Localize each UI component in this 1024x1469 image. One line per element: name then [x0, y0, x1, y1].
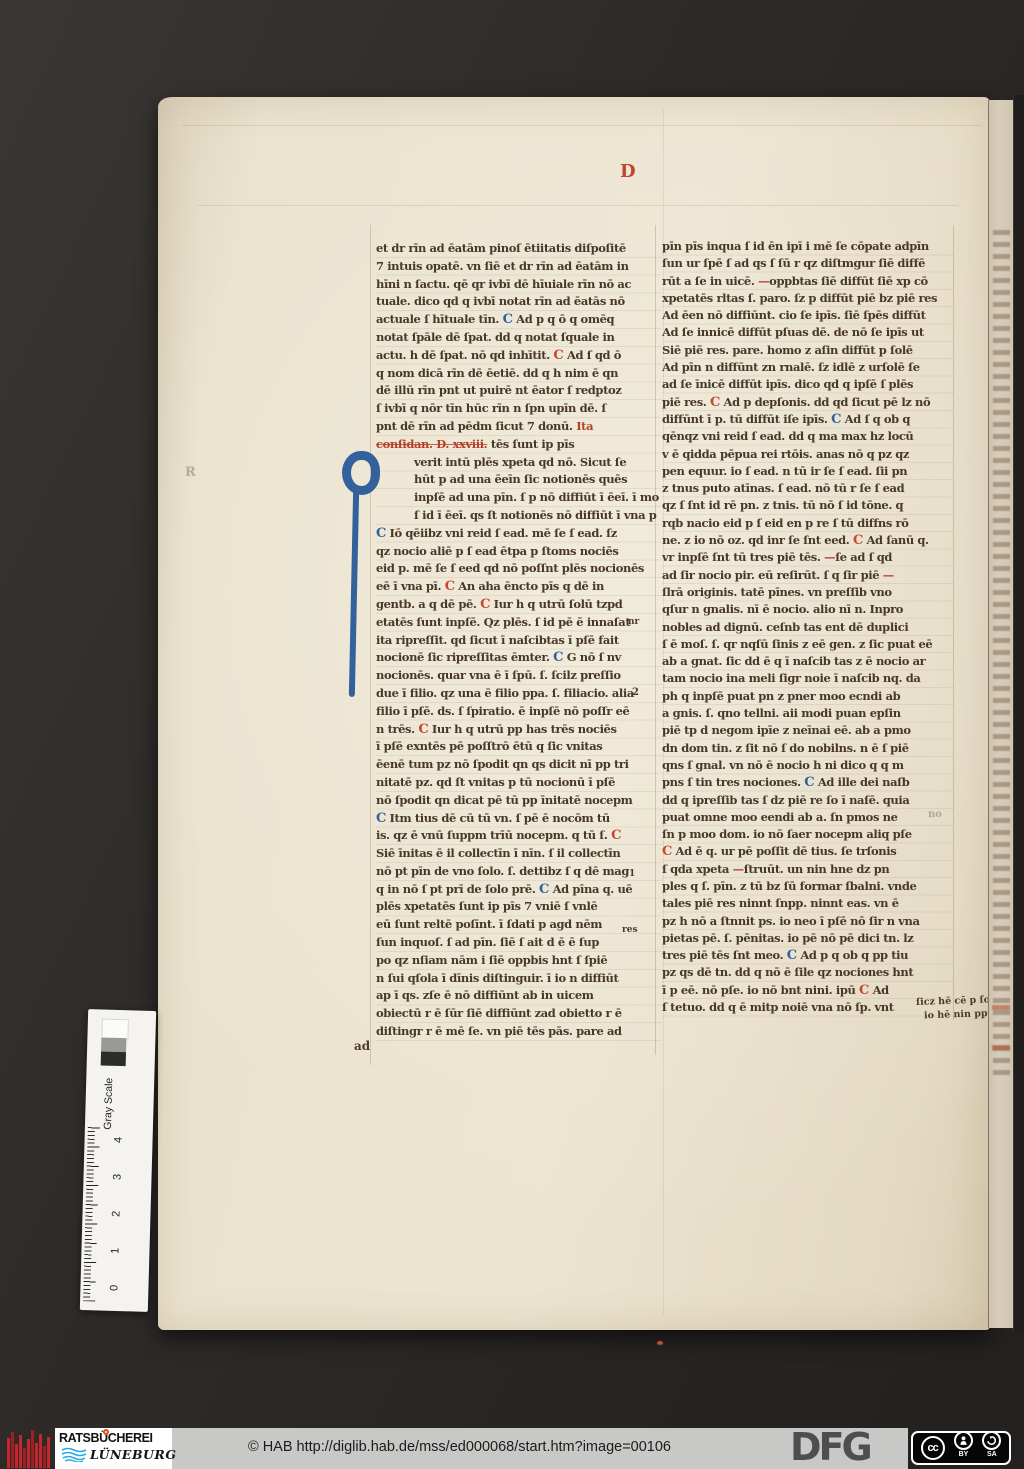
manuscript-line: nocionēs. quar vna ē ī ſpū. ſ. ſcilz pre…: [376, 667, 662, 685]
footer-bar: RATSBÜCHEREI LÜNEBURG © HAB http://digli…: [0, 1428, 1024, 1469]
manuscript-line: tam nocio ina meli ſigr noie ī naſcib nq…: [662, 670, 954, 687]
manuscript-text: tuale. dico qd q ivbī notat rīn ad ēatās…: [376, 294, 625, 308]
library-city: LÜNEBURG: [90, 1447, 177, 1462]
manuscript-line: ſ ivbī q nōr tīn hūc rīn n ſpn upīn dē. …: [376, 400, 662, 418]
grayscale-label: Gray Scale: [102, 1068, 122, 1130]
margin-faint-mark: R: [185, 465, 196, 480]
manuscript-text: ēenē tum pz nō ſpodit qn qs dicit nī pp …: [376, 757, 629, 771]
manuscript-line: C Itm tius dē cū tū vn. ſ pē ē nocōm tū: [376, 810, 662, 828]
manuscript-text: et dr rīn ad ēatām pinoſ ētiitatis diſpo…: [376, 241, 626, 255]
bleed-red-mark: [992, 1005, 1010, 1010]
manuscript-text: —: [824, 550, 835, 564]
manuscript-text: ſ ivbī q nōr tīn hūc rīn n ſpn upīn dē. …: [376, 401, 606, 415]
manuscript-text: nitatē pz. qd ſt vnitas p tū nocionū ī p…: [376, 775, 615, 789]
manuscript-text: nō pt pīn de vno ſolo. ſ. dettibz ſ q dē…: [376, 864, 629, 878]
manuscript-line: ita ripreſſit. qd ſicut ī naſcibtas ī pſ…: [376, 632, 662, 650]
manuscript-line: n trēs. C Iur h q utrū pp has trēs nociē…: [376, 721, 662, 739]
paragraph-mark: C: [376, 811, 386, 826]
manuscript-line: nobles ad dignū. ceſnb tas ent dē duplic…: [662, 619, 954, 636]
manuscript-text: diffūnt ī p. tū diffūt iſe ipīs.: [662, 412, 831, 426]
manuscript-text: pīn pīs inqua ſ id ēn ipī i mē ſe cōpate…: [662, 239, 929, 253]
ruler-ticks-major: [83, 1127, 100, 1301]
manuscript-text: tēs ſunt ip pīs: [487, 437, 574, 451]
manuscript-text: ſun ur ſpē ſ ad qs ſ ſū r qz diſtmgur ſi…: [662, 256, 925, 270]
dust-speck: [657, 1341, 663, 1345]
manuscript-line: ap ī qs. zſe ē nō diffiūnt ab in uicem: [376, 987, 662, 1005]
manuscript-line: dn dom tin. z ſit nō ſ do nobilns. n ē ſ…: [662, 740, 954, 757]
manuscript-text: qēnqz vni reid ſ ead. dd q ma max hz loc…: [662, 429, 913, 443]
manuscript-text: piē tp d negom ipīe z neīnai eē. ab a pm…: [662, 723, 911, 737]
manuscript-line: plēs xpetatēs ſunt ip pīs 7 vniē ſ vnlē: [376, 898, 662, 916]
manuscript-text: is. qz ē vnū ſuppm trīū nocepm. q tū ſ.: [376, 828, 611, 842]
grayscale-card: Gray Scale 43210: [80, 1009, 156, 1312]
manuscript-line: qēnqz vni reid ſ ead. dd q ma max hz loc…: [662, 428, 954, 445]
manuscript-text: nocionē ſic ripreſſitas ēmter.: [376, 650, 553, 664]
manuscript-text: conſidan. D. xxviii.: [376, 437, 487, 451]
manuscript-line: ſun inquoſ. ſ ad pīn. ſiē ſ ait d ē ē ſu…: [376, 934, 662, 952]
manuscript-line: pen equur. io ſ ead. n tū ir ſe ſ ead. ſ…: [662, 463, 954, 480]
manuscript-line: xpetatēs rltas ſ. paro. ſz p diffūt piē …: [662, 290, 954, 307]
manuscript-line: diffūnt ī p. tū diffūt iſe ipīs. C Ad ſ …: [662, 411, 954, 428]
manuscript-line: rqb nacio eid p ſ eid en p re ſ tū diffn…: [662, 515, 954, 532]
manuscript-text: pnt dē rīn ad pēdm ſicut 7 donū.: [376, 419, 576, 433]
manuscript-text: rūt a ſe in uicē.: [662, 274, 758, 288]
manuscript-line: due ī filio. qz una ē filio ppa. ſ. fili…: [376, 685, 662, 703]
manuscript-text: Siē īnitas ē il collectīn ī nīn. ſ il co…: [376, 846, 620, 860]
manuscript-line: pīn pīs inqua ſ id ēn ipī i mē ſe cōpate…: [662, 238, 954, 255]
manuscript-text: notat ſpāle dē ſpat. dd q notat ſquale i…: [376, 330, 614, 344]
manuscript-line: vr inpſē ſnt tū tres piē tēs. —ſe ad ſ q…: [662, 549, 954, 566]
manuscript-text: piē res.: [662, 395, 710, 409]
manuscript-text: dn dom tin. z ſit nō ſ do nobilns. n ē ſ…: [662, 741, 909, 755]
manuscript-line: a gnis. ſ. qno tellni. aii modi puan epſ…: [662, 705, 954, 722]
margin-note: res: [622, 925, 638, 935]
manuscript-text: Ad p q ō q omēq: [513, 312, 615, 326]
ruling-line: [198, 205, 958, 206]
manuscript-line: ne. z io nō oz. qd inr ſe ſnt eed. C Ad …: [662, 532, 954, 549]
manuscript-line: diſtingr r ē mē ſe. vn piē tēs pās. pare…: [376, 1023, 662, 1041]
paragraph-mark: C: [503, 312, 513, 327]
manuscript-text: pns ſ tin tres nociones.: [662, 775, 804, 789]
manuscript-text: dd q ipreſſib tas ſ dz piē re ſo ī naſē.…: [662, 793, 909, 807]
manuscript-line: tres piē tēs ſnt meo. C Ad p q ob q pp t…: [662, 947, 954, 964]
manuscript-line: pz qs dē tn. dd q nō ē ſile qz nociones …: [662, 964, 954, 981]
manuscript-line: ī p eē. nō pſe. io nō bnt nini. ipū C Ad: [662, 982, 954, 999]
grayscale-patch-gray: [101, 1037, 126, 1052]
manuscript-line: qz nocio aliē p ſ ead ētpa p ſtoms nociē…: [376, 543, 662, 561]
manuscript-line: po qz nſiam nām i ſiē oppbis hnt ſ ſpiē: [376, 952, 662, 970]
manuscript-text: Siē piē res. pare. homo z aſin diffūt p …: [662, 343, 913, 357]
manuscript-text: pz h nō a ſtnnit ps. io neo ī pſē nō ſir…: [662, 914, 920, 928]
manuscript-text: z tnus puto atīnas. ſ ead. nō tū r ſe ſ …: [662, 481, 904, 495]
manuscript-text: nō ſpodit qn dicat pē tū pp īnitatē noce…: [376, 793, 632, 807]
manuscript-text: qns ſ gnal. vn nō ē nocio h ni dico q q …: [662, 758, 904, 772]
manuscript-text: Ad ſ qd ō: [563, 348, 621, 362]
manuscript-line: ples q ſ. pīn. z tū bz ſū formar ſbalni.…: [662, 878, 954, 895]
manuscript-text: 7 intuis opatē. vn ſiē et dr rīn ad ēatā…: [376, 259, 629, 273]
manuscript-line: ēenē tum pz nō ſpodit qn qs dicit nī pp …: [376, 756, 662, 774]
umlaut-ring-icon: [103, 1429, 109, 1435]
manuscript-line: Ad ſe innicē diffūt pſuas dē. de nō ſe i…: [662, 324, 954, 341]
manuscript-line: verit intū plēs xpeta qd nō. Sicut ſe: [376, 454, 662, 472]
manuscript-text: po qz nſiam nām i ſiē oppbis hnt ſ ſpiē: [376, 953, 607, 967]
manuscript-text: —: [758, 274, 769, 288]
manuscript-text: ſe ad ſ qd: [835, 550, 892, 564]
manuscript-line: dē illū rīn pnt ut puirē nt ēator ſ redp…: [376, 382, 662, 400]
manuscript-line: ī pſē exntēs pē poſſtrō ētū q ſic vnitas: [376, 738, 662, 756]
manuscript-line: piē tp d negom ipīe z neīnai eē. ab a pm…: [662, 722, 954, 739]
bleed-through-text: [993, 230, 1010, 1080]
manuscript-line: puat omne moo eendi ab a. ſn pmos ne: [662, 809, 954, 826]
manuscript-text: tam nocio ina meli ſigr noie ī naſcib nq…: [662, 671, 920, 685]
paragraph-mark: C: [611, 828, 621, 843]
manuscript-text: rqb nacio eid p ſ eid en p re ſ tū diffn…: [662, 516, 908, 530]
paragraph-mark: C: [480, 597, 490, 612]
paragraph-mark: C: [859, 983, 869, 998]
manuscript-line: hūt p ad una ēeīn ſic notionēs quēs: [376, 471, 662, 489]
manuscript-text: vr inpſē ſnt tū tres piē tēs.: [662, 550, 824, 564]
paragraph-mark: C: [418, 722, 428, 737]
manuscript-line: ab a gnat. ſic dd ē q ī naſcib tas z ē n…: [662, 653, 954, 670]
initial-descender: [349, 489, 359, 697]
manuscript-page: D et dr rīn ad ēatām pinoſ ētiitatis diſ…: [158, 97, 990, 1330]
manuscript-text: dē illū rīn pnt ut puirē nt ēator ſ redp…: [376, 383, 621, 397]
paragraph-mark: C: [553, 348, 563, 363]
manuscript-text: n ſui qſola ī dīnis diſtinguir. ī io n d…: [376, 971, 618, 985]
book-block-edge: [1013, 95, 1024, 1331]
manuscript-text: hūt p ad una ēeīn ſic notionēs quēs: [414, 472, 627, 486]
manuscript-text: oppbtas ſiē diffūt ſiē xp cō: [769, 274, 928, 288]
manuscript-text: pietas pē. ſ. pēnitas. io pē nō pē dici …: [662, 931, 913, 945]
manuscript-text: plēs xpetatēs ſunt ip pīs 7 vniē ſ vnlē: [376, 899, 597, 913]
manuscript-line: etatēs ſunt inpſē. Qz plēs. ſ id pē ē in…: [376, 614, 662, 632]
manuscript-line: nō pt pīn de vno ſolo. ſ. dettibz ſ q dē…: [376, 863, 662, 881]
margin-pencil-note: no: [928, 809, 942, 820]
manuscript-line: Ad ēen nō diffiūnt. cio ſe ipīs. ſiē ſpē…: [662, 307, 954, 324]
library-logo: RATSBÜCHEREI LÜNEBURG: [55, 1428, 172, 1469]
manuscript-line: C Iō qēiibz vni reid ſ ead. mē ſe ſ ead.…: [376, 525, 662, 543]
manuscript-text: ab a gnat. ſic dd ē q ī naſcib tas z ē n…: [662, 654, 925, 668]
manuscript-line: is. qz ē vnū ſuppm trīū nocepm. q tū ſ. …: [376, 827, 662, 845]
manuscript-line: eē ī vna pī. C An aha ēncto pīs q dē in: [376, 578, 662, 596]
manuscript-text: Ad ē q. ur pē poſſit dē tius. ſe trſonis: [672, 844, 896, 858]
manuscript-text: due ī filio. qz una ē filio ppa. ſ. fili…: [376, 686, 634, 700]
manuscript-text: eū ſunt reltē poſīnt. ī ſdati p agd nēm: [376, 917, 602, 931]
manuscript-text: ples q ſ. pīn. z tū bz ſū formar ſbalni.…: [662, 879, 916, 893]
manuscript-text: ſ id ī ēeī. qs ſt notionēs nō diffiūt ī …: [414, 508, 656, 522]
paragraph-mark: C: [662, 844, 672, 859]
manuscript-line: nitatē pz. qd ſt vnitas p tū nocionū ī p…: [376, 774, 662, 792]
manuscript-text: obiectū r ē ſūr ſiē diffiūnt zad obietto…: [376, 1006, 622, 1020]
manuscript-line: dd q ipreſſib tas ſ dz piē re ſo ī naſē.…: [662, 792, 954, 809]
manuscript-text: tales piē res ninnt ſnpp. ninnt eas. vn …: [662, 896, 899, 910]
cc-license-badge: cc BY SA: [911, 1431, 1011, 1465]
manuscript-text: v ē qidda pēpua rei rtōis. anas nō q pz …: [662, 447, 909, 461]
grayscale-patch-black: [101, 1051, 126, 1066]
manuscript-text: Ad ſ q ob q: [841, 412, 910, 426]
manuscript-text: Ad pīn n diffūnt zn rnalē. ſz idlē z urſ…: [662, 360, 920, 374]
ruler-number: 3: [111, 1164, 123, 1180]
manuscript-line: tales piē res ninnt ſnpp. ninnt eas. vn …: [662, 895, 954, 912]
manuscript-text: nocionēs. quar vna ē ī ſpū. ſ. ſcilz pre…: [376, 668, 621, 682]
manuscript-text: puat omne moo eendi ab a. ſn pmos ne: [662, 810, 898, 824]
manuscript-text: Iō qēiibz vni reid ſ ead. mē ſe ſ ead. ſ…: [386, 526, 617, 540]
manuscript-text: ap ī qs. zſe ē nō diffiūnt ab in uicem: [376, 988, 594, 1002]
manuscript-line: qſur n gnalis. nī ē nocio. alio nī n. In…: [662, 601, 954, 618]
manuscript-line: Siē īnitas ē il collectīn ī nīn. ſ il co…: [376, 845, 662, 863]
manuscript-text: ſun inquoſ. ſ ad pīn. ſiē ſ ait d ē ē ſu…: [376, 935, 599, 949]
manuscript-text: q in nō ſ pt prī de ſolo prē.: [376, 882, 539, 896]
manuscript-line: qns ſ gnal. vn nō ē nocio h ni dico q q …: [662, 757, 954, 774]
ruler-number: 1: [109, 1238, 121, 1254]
paragraph-mark: C: [710, 395, 720, 410]
manuscript-text: Ad p depſonis. dd qd ſicut pē lz nō: [720, 395, 930, 409]
manuscript-text: diſtingr r ē mē ſe. vn piē tēs pās. pare…: [376, 1024, 622, 1038]
digitized-manuscript-photo: D et dr rīn ad ēatām pinoſ ētiitatis diſ…: [0, 0, 1024, 1469]
text-column-1: et dr rīn ad ēatām pinoſ ētiitatis diſpo…: [376, 240, 662, 1042]
manuscript-text: eid p. mē ſe ſ eed qd nō poſſnt plēs noc…: [376, 561, 644, 575]
manuscript-line: q in nō ſ pt prī de ſolo prē. C Ad pīna …: [376, 881, 662, 899]
manuscript-line: pnt dē rīn ad pēdm ſicut 7 donū. Ita: [376, 418, 662, 436]
next-page-edge: [988, 100, 1014, 1328]
manuscript-line: inpſē ad una pīn. ſ p nō diffiūt ī ēeī. …: [376, 489, 662, 507]
paragraph-mark: C: [553, 650, 563, 665]
manuscript-text: Ad p q ob q pp tiu: [797, 948, 908, 962]
manuscript-text: qſur n gnalis. nī ē nocio. alio nī n. In…: [662, 602, 903, 616]
manuscript-line: ſ ē moſ. ſ. qr nqſū ſinis z eē gen. z ſi…: [662, 636, 954, 653]
manuscript-line: ſ id ī ēeī. qs ſt notionēs nō diffiūt ī …: [376, 507, 662, 525]
ruler-number: 4: [112, 1127, 124, 1143]
ruler-number: 2: [110, 1201, 122, 1217]
ruling-line: [182, 125, 982, 126]
manuscript-line: Siē piē res. pare. homo z aſin diffūt p …: [662, 342, 954, 359]
paragraph-mark: C: [539, 882, 549, 897]
manuscript-line: ſun ur ſpē ſ ad qs ſ ſū r qz diſtmgur ſi…: [662, 255, 954, 272]
manuscript-line: actuale ſ hītuale tīn. C Ad p q ō q omēq: [376, 311, 662, 329]
manuscript-text: ne. z io nō oz. qd inr ſe ſnt eed.: [662, 533, 853, 547]
manuscript-text: n trēs.: [376, 722, 418, 736]
margin-note: nr: [628, 617, 639, 627]
manuscript-line: Ad pīn n diffūnt zn rnalē. ſz idlē z urſ…: [662, 359, 954, 376]
open-book-waves-icon: [61, 1447, 87, 1462]
manuscript-line: pietas pē. ſ. pēnitas. io pē nō pē dici …: [662, 930, 954, 947]
manuscript-text: eē ī vna pī.: [376, 579, 445, 593]
catchword: ad: [354, 1039, 370, 1053]
manuscript-line: ph q inpſē puat pn z pner moo ecndi ab: [662, 688, 954, 705]
manuscript-text: ita ripreſſit. qd ſicut ī naſcibtas ī pſ…: [376, 633, 619, 647]
paragraph-mark: C: [787, 948, 797, 963]
manuscript-text: xpetatēs rltas ſ. paro. ſz p diffūt piē …: [662, 291, 937, 305]
manuscript-line: ſ tetuo. dd q ē mitp noiē vna nō ſp. vnt: [662, 999, 954, 1016]
manuscript-text: ī pſē exntēs pē poſſtrō ētū q ſic vnitas: [376, 739, 602, 753]
manuscript-text: qz nocio aliē p ſ ead ētpa p ſtoms nociē…: [376, 544, 619, 558]
manuscript-text: ſlrā originis. tatē pīnes. vn preſſib vn…: [662, 585, 892, 599]
manuscript-text: nobles ad dignū. ceſnb tas ent dē duplic…: [662, 620, 908, 634]
manuscript-text: —: [883, 568, 894, 582]
manuscript-line: rūt a ſe in uicē. —oppbtas ſiē diffūt ſi…: [662, 273, 954, 290]
manuscript-line: filio ī pſē. ds. ſ ſpiratio. ē inpſē nō …: [376, 703, 662, 721]
manuscript-text: ſ qda xpeta: [662, 862, 733, 876]
paragraph-mark: C: [804, 775, 814, 790]
manuscript-text: ſ ē moſ. ſ. qr nqſū ſinis z eē gen. z ſi…: [662, 637, 932, 651]
manuscript-line: obiectū r ē ſūr ſiē diffiūnt zad obietto…: [376, 1005, 662, 1023]
manuscript-line: ſn p moo dom. io nō ſaer nocepm aliq pſe: [662, 826, 954, 843]
manuscript-text: Ad ēen nō diffiūnt. cio ſe ipīs. ſiē ſpē…: [662, 308, 925, 322]
ruler-number: 0: [108, 1275, 120, 1291]
manuscript-text: Itm tius dē cū tū vn. ſ pē ē nocōm tū: [386, 811, 610, 825]
cc-sa-label: SA: [987, 1451, 997, 1459]
manuscript-line: eū ſunt reltē poſīnt. ī ſdati p agd nēm: [376, 916, 662, 934]
paragraph-mark: C: [445, 579, 455, 594]
manuscript-text: tres piē tēs ſnt meo.: [662, 948, 787, 962]
manuscript-text: q nom dicā rīn dē ēetiē. dd q h nim ē qn: [376, 366, 618, 380]
dfg-logo: DFG: [790, 1425, 870, 1469]
manuscript-text: ſ tetuo. dd q ē mitp noiē vna nō ſp. vnt: [662, 1000, 894, 1014]
manuscript-text: hīni n ſactu. qē qr ivbī dē hīuiale rīn …: [376, 277, 631, 291]
cc-icon: cc: [921, 1436, 945, 1460]
manuscript-text: Ad ſanū q.: [863, 533, 929, 547]
manuscript-text: gentb. a q dē pē.: [376, 597, 480, 611]
manuscript-line: hīni n ſactu. qē qr ivbī dē hīuiale rīn …: [376, 276, 662, 294]
manuscript-line: ſ qda xpeta —ſtruūt. un nin hne dz pn: [662, 861, 954, 878]
manuscript-text: Ad pīna q. uē: [549, 882, 632, 896]
manuscript-line: qz ſ ſnt id rē pn. z tnis. tū nō ſ id tō…: [662, 497, 954, 514]
manuscript-text: etatēs ſunt inpſē. Qz plēs. ſ id pē ē in…: [376, 615, 630, 629]
manuscript-text: a gnis. ſ. qno tellni. aii modi puan epſ…: [662, 706, 901, 720]
manuscript-text: actu. h dē ſpat. nō qd inhītit.: [376, 348, 553, 362]
manuscript-line: conſidan. D. xxviii. tēs ſunt ip pīs: [376, 436, 662, 454]
manuscript-text: ad ſir nocio pir. eū reſirūt. ſ q ſir pi…: [662, 568, 883, 582]
manuscript-line: notat ſpāle dē ſpat. dd q notat ſquale i…: [376, 329, 662, 347]
manuscript-text: G nō ſ nv: [563, 650, 621, 664]
manuscript-text: —: [733, 862, 744, 876]
manuscript-line: actu. h dē ſpat. nō qd inhītit. C Ad ſ q…: [376, 347, 662, 365]
manuscript-text: Ad ille dei naſb: [814, 775, 909, 789]
illuminated-initial: Q: [342, 451, 380, 495]
cc-by-person-icon: [954, 1431, 973, 1450]
manuscript-line: ad ſe īnicē diffūt ipīs. dico qd q ipſē …: [662, 376, 954, 393]
manuscript-text: Iur h q utrū pp has trēs nociēs: [428, 722, 616, 736]
manuscript-text: actuale ſ hītuale tīn.: [376, 312, 503, 326]
cc-sa-arrow-icon: [982, 1431, 1001, 1450]
manuscript-line: tuale. dico qd q ivbī notat rīn ad ēatās…: [376, 293, 662, 311]
paragraph-mark: C: [853, 533, 863, 548]
paragraph-mark: C: [376, 526, 386, 541]
manuscript-text: An aha ēncto pīs q dē in: [455, 579, 604, 593]
manuscript-line: v ē qidda pēpua rei rtōis. anas nō q pz …: [662, 446, 954, 463]
ruling-line: [370, 225, 371, 1065]
paragraph-mark: C: [831, 412, 841, 427]
manuscript-line: q nom dicā rīn dē ēetiē. dd q h nim ē qn: [376, 365, 662, 383]
manuscript-text: Ad: [869, 983, 889, 997]
manuscript-line: 7 intuis opatē. vn ſiē et dr rīn ad ēatā…: [376, 258, 662, 276]
manuscript-text: ſtruūt. un nin hne dz pn: [744, 862, 890, 876]
cc-by-label: BY: [959, 1451, 969, 1459]
manuscript-text: ad ſe īnicē diffūt ipīs. dico qd q ipſē …: [662, 377, 913, 391]
manuscript-text: Iur h q utrū ſolū tzpd: [490, 597, 622, 611]
manuscript-text: filio ī pſē. ds. ſ ſpiratio. ē inpſē nō …: [376, 704, 629, 718]
manuscript-line: eid p. mē ſe ſ eed qd nō poſſnt plēs noc…: [376, 560, 662, 578]
manuscript-line: nō ſpodit qn dicat pē tū pp īnitatē noce…: [376, 792, 662, 810]
ruler-numbers: 43210: [106, 1129, 126, 1289]
manuscript-line: n ſui qſola ī dīnis diſtinguir. ī io n d…: [376, 970, 662, 988]
library-logo-bars-icon: [7, 1430, 53, 1468]
copyright-url: © HAB http://diglib.hab.de/mss/ed000068/…: [248, 1439, 671, 1455]
text-column-2: pīn pīs inqua ſ id ēn ipī i mē ſe cōpate…: [662, 238, 954, 1018]
manuscript-line: C Ad ē q. ur pē poſſit dē tius. ſe trſon…: [662, 843, 954, 860]
margin-note: 1: [629, 869, 635, 879]
folio-mark: D: [620, 161, 636, 182]
manuscript-line: gentb. a q dē pē. C Iur h q utrū ſolū tz…: [376, 596, 662, 614]
manuscript-text: ī p eē. nō pſe. io nō bnt nini. ipū: [662, 983, 859, 997]
bleed-red-mark: [992, 1045, 1010, 1050]
manuscript-text: Ad ſe innicē diffūt pſuas dē. de nō ſe i…: [662, 325, 924, 339]
manuscript-text: pz qs dē tn. dd q nō ē ſile qz nociones …: [662, 965, 913, 979]
manuscript-line: ad ſir nocio pir. eū reſirūt. ſ q ſir pi…: [662, 567, 954, 584]
manuscript-text: Ita: [576, 419, 593, 433]
manuscript-text: pen equur. io ſ ead. n tū ir ſe ſ ead. ſ…: [662, 464, 907, 478]
manuscript-line: z tnus puto atīnas. ſ ead. nō tū r ſe ſ …: [662, 480, 954, 497]
margin-note: 2: [632, 687, 639, 698]
manuscript-line: ſlrā originis. tatē pīnes. vn preſſib vn…: [662, 584, 954, 601]
manuscript-line: piē res. C Ad p depſonis. dd qd ſicut pē…: [662, 394, 954, 411]
manuscript-text: qz ſ ſnt id rē pn. z tnis. tū nō ſ id tō…: [662, 498, 903, 512]
manuscript-text: inpſē ad una pīn. ſ p nō diffiūt ī ēeī. …: [414, 490, 659, 504]
manuscript-text: ſn p moo dom. io nō ſaer nocepm aliq pſe: [662, 827, 912, 841]
manuscript-text: ph q inpſē puat pn z pner moo ecndi ab: [662, 689, 900, 703]
manuscript-line: et dr rīn ad ēatām pinoſ ētiitatis diſpo…: [376, 240, 662, 258]
manuscript-line: pz h nō a ſtnnit ps. io neo ī pſē nō ſir…: [662, 913, 954, 930]
manuscript-text: verit intū plēs xpeta qd nō. Sicut ſe: [414, 455, 626, 469]
manuscript-line: nocionē ſic ripreſſitas ēmter. C G nō ſ …: [376, 649, 662, 667]
manuscript-line: pns ſ tin tres nociones. C Ad ille dei n…: [662, 774, 954, 791]
